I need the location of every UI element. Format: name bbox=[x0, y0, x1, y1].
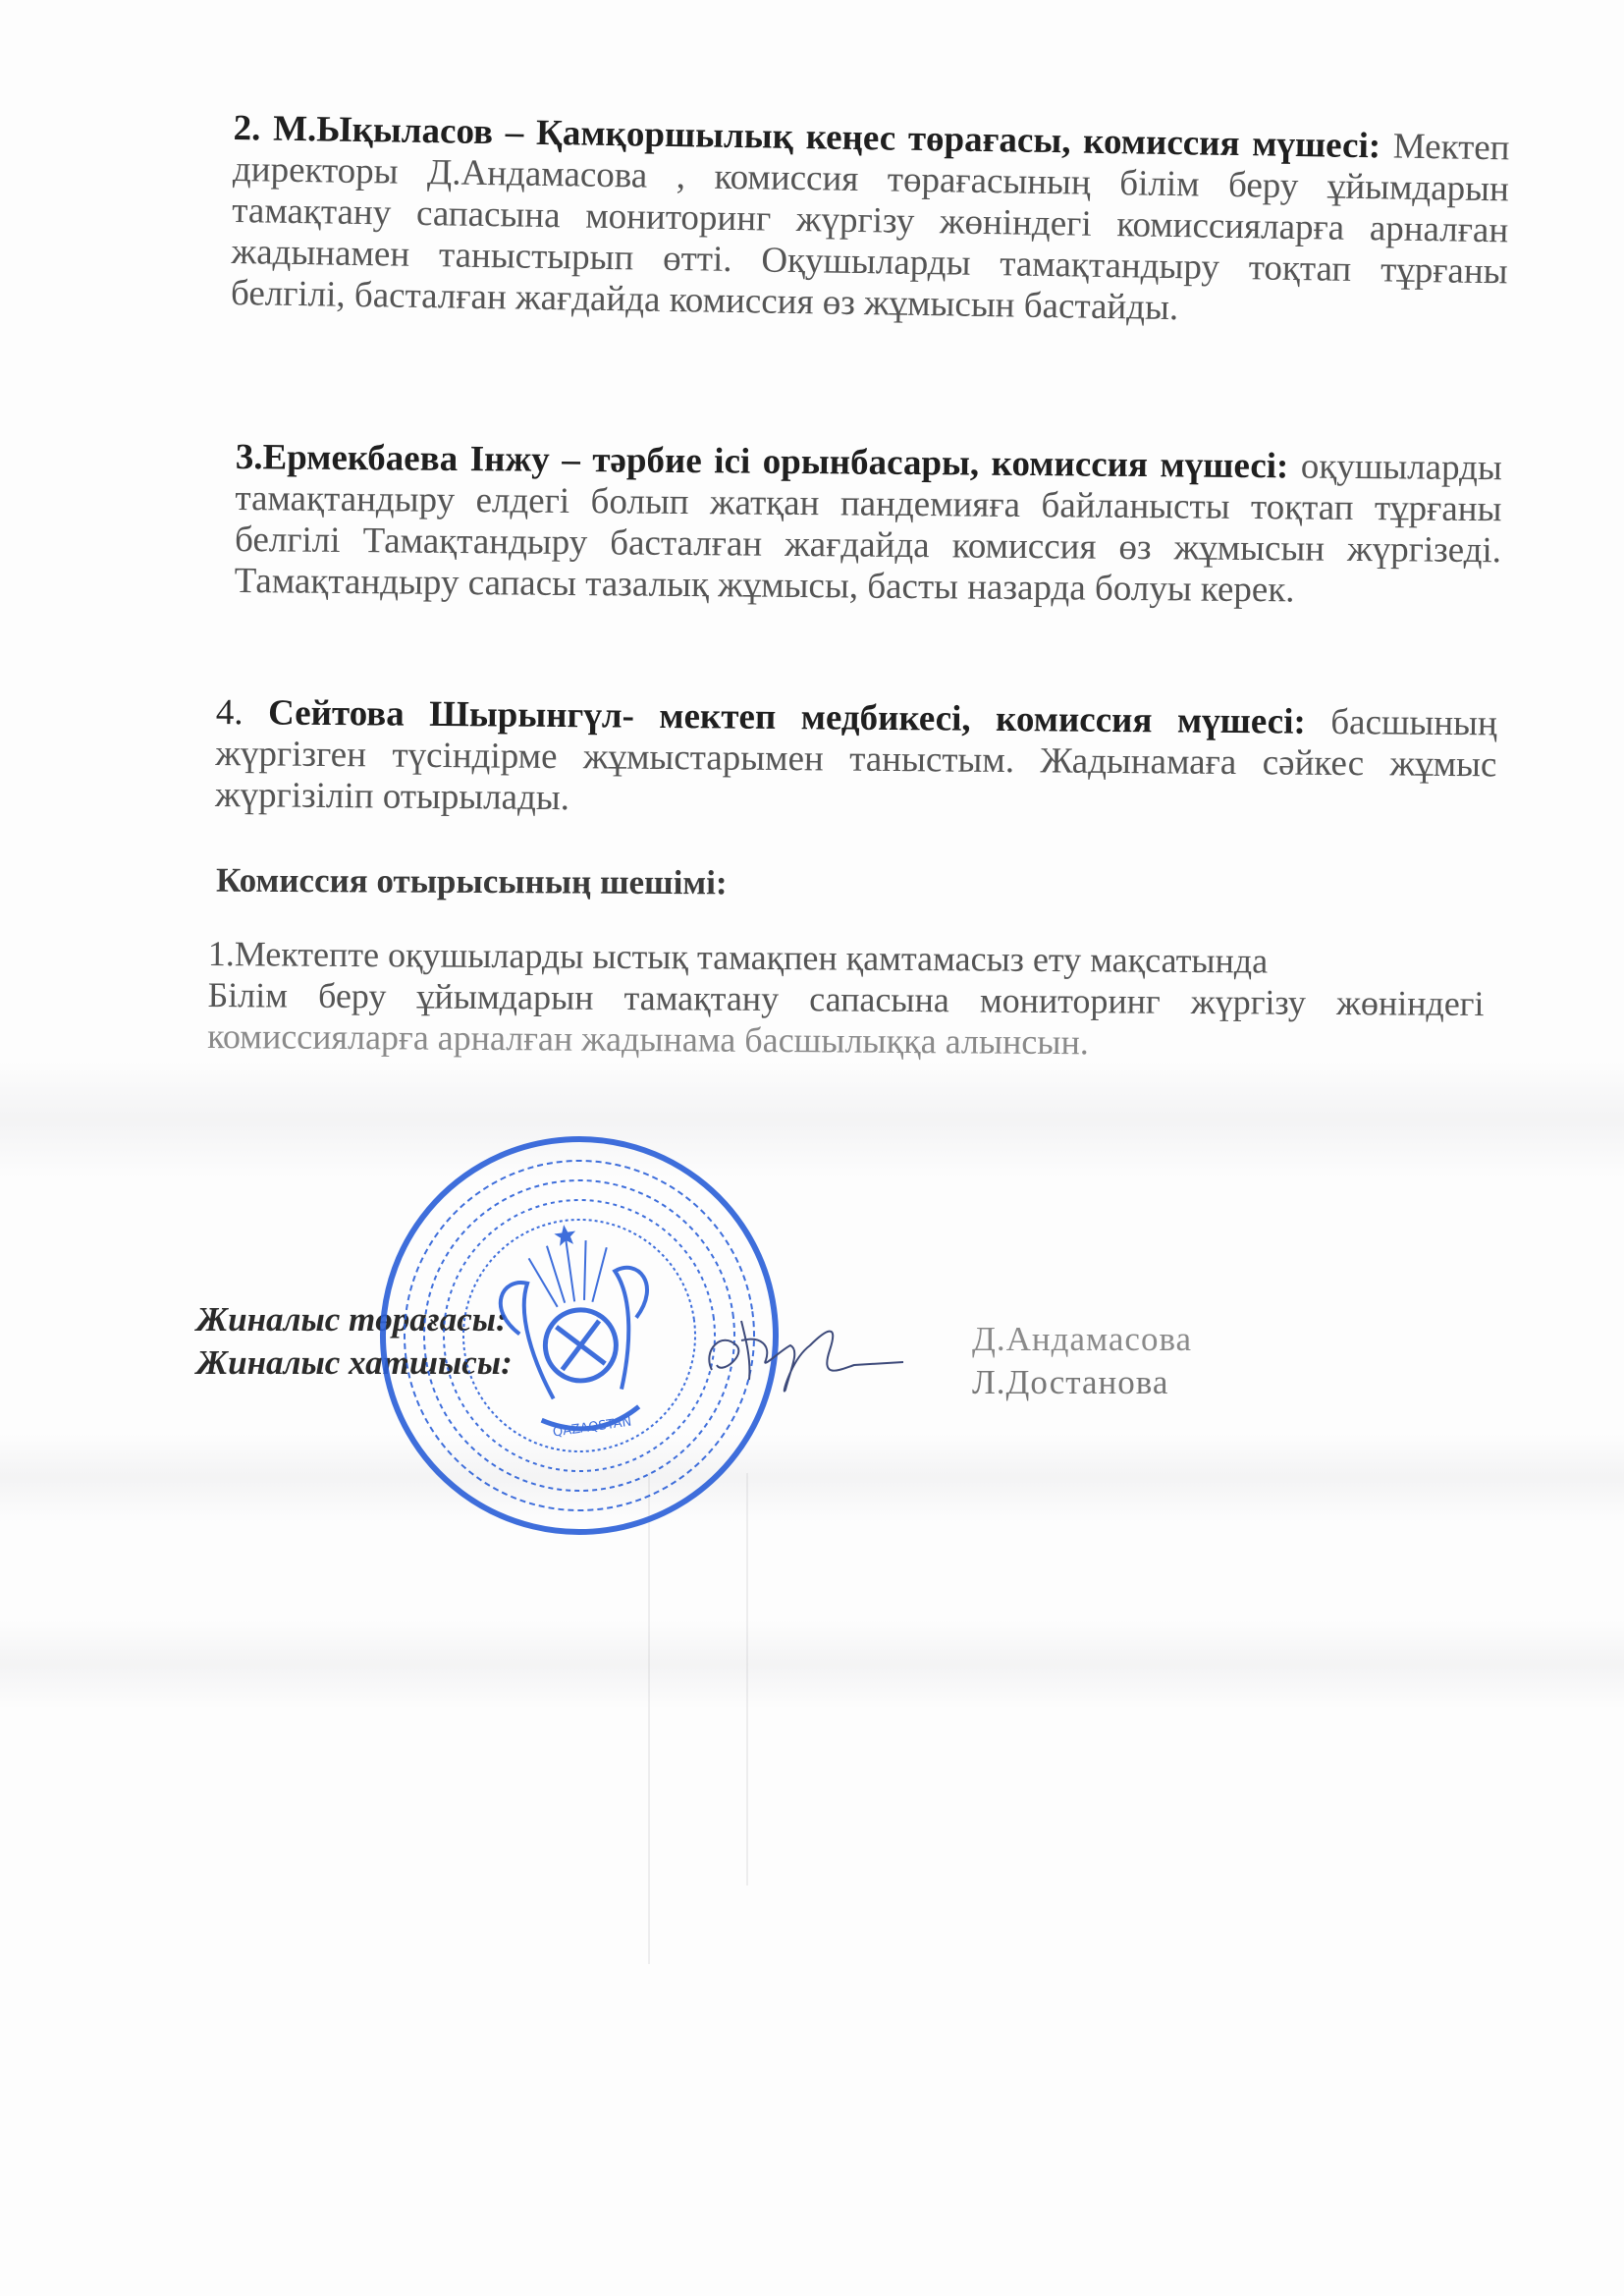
item-4-number: 4. bbox=[216, 692, 244, 733]
item-3-role: тәрбие ісі орынбасары, комиссия мүшесі: bbox=[592, 440, 1288, 486]
signature-names: Д.Андамасова Л.Достанова bbox=[972, 1318, 1192, 1404]
item-4-role: мектеп медбикесі, комиссия мүшесі: bbox=[659, 696, 1306, 742]
item-2-separator: – bbox=[505, 112, 523, 152]
item-4: 4. Сейтова Шырынгүл- мектеп медбикесі, к… bbox=[215, 692, 1497, 827]
item-3-number: 3. bbox=[236, 437, 263, 477]
item-3: 3.Ермекбаева Інжу – тәрбие ісі орынбасар… bbox=[235, 437, 1502, 613]
item-2: 2. М.Ықыласов – Қамқоршылық кеңес төраға… bbox=[231, 108, 1510, 334]
stamp-emblem-text: QAZAQSTAN bbox=[552, 1415, 632, 1441]
item-3-name: Ермекбаева Інжу bbox=[262, 437, 550, 480]
chair-name: Д.Андамасова bbox=[972, 1318, 1192, 1361]
decision-title: Комиссия отырысының шешімі: bbox=[216, 861, 728, 903]
item-2-number: 2. bbox=[233, 108, 260, 148]
item-3-separator: – bbox=[562, 440, 580, 480]
signature-icon bbox=[692, 1291, 908, 1399]
item-4-name: Сейтова Шырынгүл- bbox=[268, 692, 634, 736]
item-2-name: М.Ықыласов bbox=[273, 109, 494, 153]
secretary-name: Л.Достанова bbox=[972, 1361, 1192, 1404]
decision-text: 1.Мектепте оқушыларды ыстық тамақпен қам… bbox=[207, 933, 1485, 1066]
